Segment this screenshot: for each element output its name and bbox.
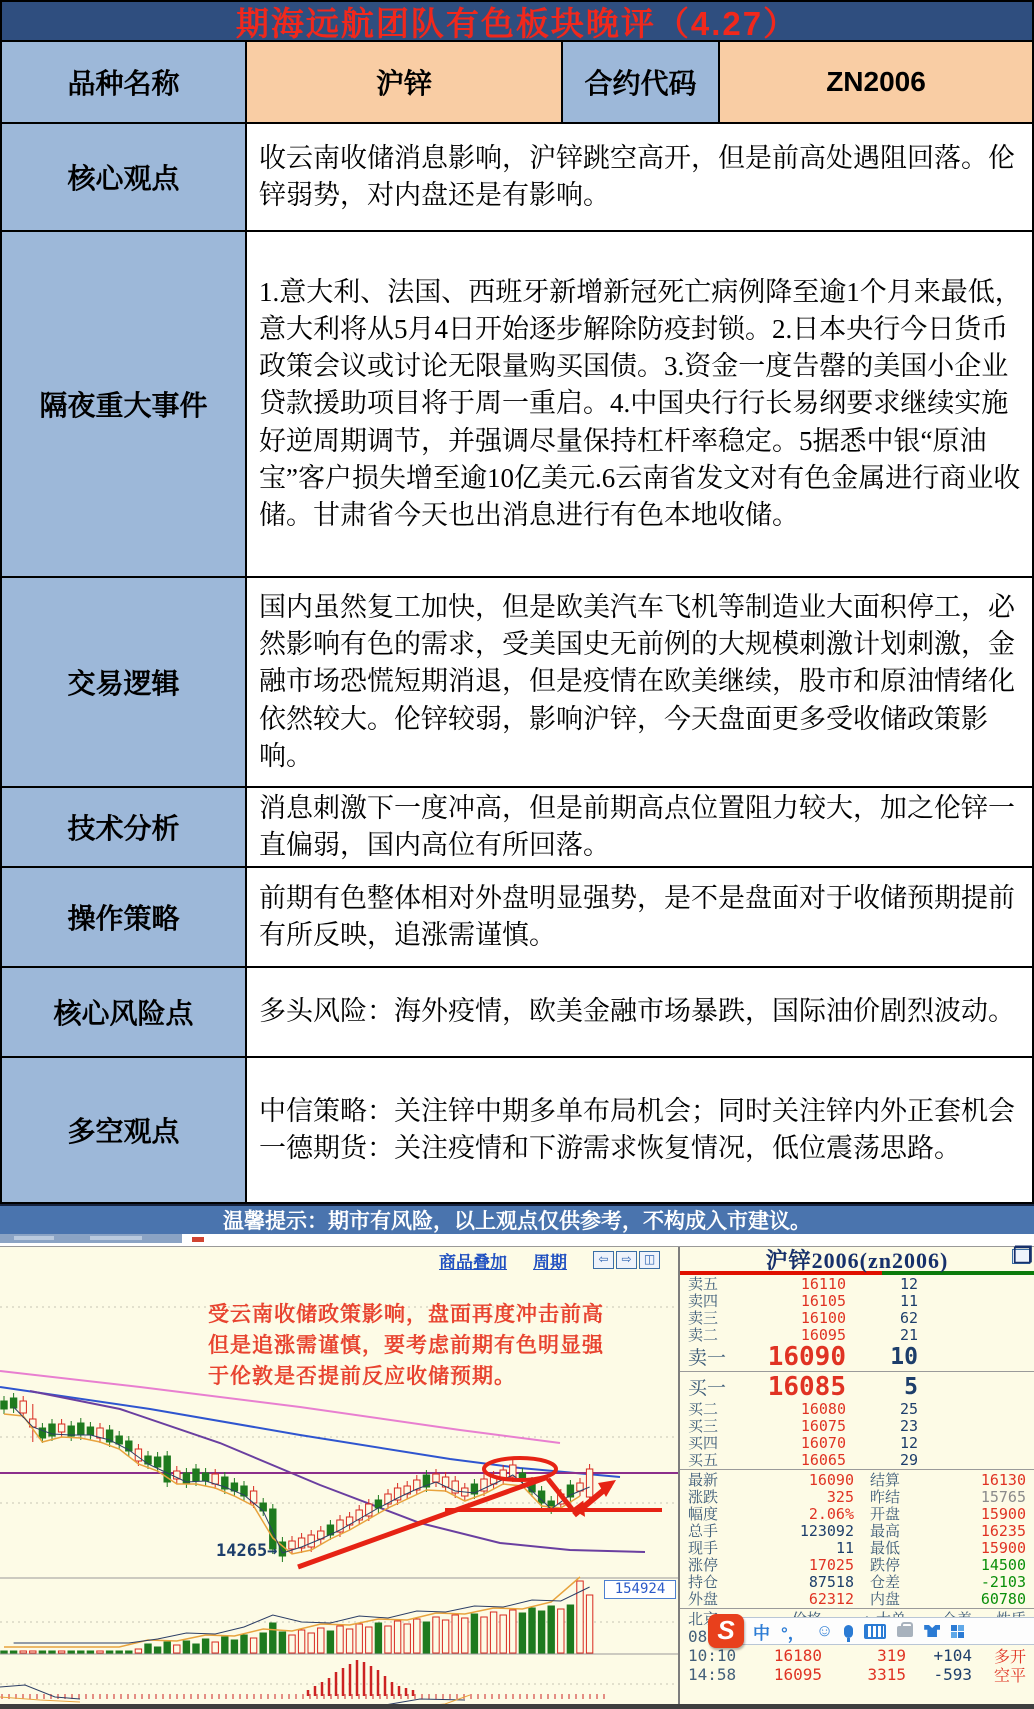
- stat-row: 外盘62312内盘60780: [680, 1590, 1034, 1607]
- window-fragment: [0, 1234, 182, 1243]
- mic-icon[interactable]: [844, 1625, 853, 1638]
- bid-rows: 买一160855买二1608025买三1607523买四1607012买五160…: [680, 1373, 1034, 1468]
- row-content: 消息刺激下一度冲高，但是前期高点位置阻力较大，加之伦锌一直偏弱，国内高位有所回落…: [247, 788, 1032, 866]
- keyboard-icon[interactable]: [864, 1624, 886, 1639]
- depth-row[interactable]: 买一160855: [680, 1373, 1034, 1400]
- volume-value-label: 154924: [604, 1580, 676, 1599]
- table-row: 交易逻辑国内虽然复工加快，但是欧美汽车飞机等制造业大面积停工，必然影响有色的需求…: [2, 578, 1032, 788]
- contract-title: 沪锌2006(zn2006): [766, 1244, 949, 1275]
- table-row: 核心风险点多头风险：海外疫情，欧美金融市场暴跌，国际油价剧烈波动。: [2, 968, 1032, 1058]
- row-content: 前期有色整体相对外盘明显强势，是不是盘面对于收储预期提前有所反映，追涨需谨慎。: [247, 868, 1032, 966]
- quote-title-row: 沪锌2006(zn2006) ❐: [680, 1247, 1034, 1271]
- ime-bar: 中 °， ☺: [738, 1617, 1034, 1645]
- chart-toolbar: 商品叠加 周期 ⇦ ⇨ ◫: [0, 1249, 708, 1271]
- tick-row[interactable]: 14:58160953315-593空平: [680, 1665, 1034, 1684]
- window-bottom-edge: [0, 1704, 1034, 1709]
- code-label: 合约代码: [563, 42, 720, 122]
- stat-rows: 最新16090结算16130涨跌325昨结15765幅度2.06%开盘15900…: [680, 1471, 1034, 1607]
- depth-row[interactable]: 卖二1609521: [680, 1326, 1034, 1343]
- row-content: 中信策略：关注锌中期多单布局机会；同时关注锌内外正套机会 一德期货：关注疫情和下…: [247, 1058, 1032, 1202]
- trading-app-screenshot: 商品叠加 周期 ⇦ ⇨ ◫ 受云南收储政策影响，盘面再度冲击前高 但是追涨需谨慎…: [0, 1246, 1034, 1709]
- red-mark: [192, 1237, 204, 1242]
- depth-row[interactable]: 卖一1609010: [680, 1343, 1034, 1370]
- row-label: 交易逻辑: [2, 578, 247, 786]
- row-label: 多空观点: [2, 1058, 247, 1202]
- table-row: 操作策略前期有色整体相对外盘明显强势，是不是盘面对于收储预期提前有所反映，追涨需…: [2, 868, 1032, 968]
- emoji-icon[interactable]: ☺: [816, 1621, 833, 1641]
- low-price-label: 14265→: [216, 1541, 277, 1561]
- row-content: 国内虽然复工加快，但是欧美汽车飞机等制造业大面积停工，必然影响有色的需求，受美国…: [247, 578, 1032, 786]
- disclaimer-bar: 温馨提示：期市有风险，以上观点仅供参考，不构成入市建议。: [0, 1204, 1034, 1234]
- lang-toggle-icon[interactable]: 中: [753, 1619, 770, 1644]
- skin-icon[interactable]: [924, 1625, 940, 1637]
- info-row: 品种名称 沪锌 合约代码 ZN2006: [2, 42, 1032, 124]
- table-row: 技术分析消息刺激下一度冲高，但是前期高点位置阻力较大，加之伦锌一直偏弱，国内高位…: [2, 788, 1032, 868]
- row-label: 隔夜重大事件: [2, 232, 247, 576]
- ask-rows: 卖五1611012卖四1610511卖三1610062卖二1609521卖一16…: [680, 1275, 1034, 1370]
- punctuation-icon[interactable]: °，: [781, 1619, 805, 1644]
- row-label: 核心风险点: [2, 968, 247, 1056]
- row-content: 1.意大利、法国、西班牙新增新冠死亡病例降至逾1个月来最低，意大利将从5月4日开…: [247, 232, 1032, 576]
- report-table: 期海远航团队有色板块晚评（4.27） 品种名称 沪锌 合约代码 ZN2006 核…: [0, 0, 1034, 1204]
- toolbox-icon[interactable]: [897, 1626, 913, 1637]
- variety-value: 沪锌: [247, 42, 563, 122]
- row-label: 核心观点: [2, 124, 247, 230]
- apps-grid-icon[interactable]: [951, 1625, 964, 1638]
- kline-pane: 商品叠加 周期 ⇦ ⇨ ◫ 受云南收储政策影响，盘面再度冲击前高 但是追涨需谨慎…: [0, 1247, 678, 1709]
- period-link[interactable]: 周期: [533, 1248, 567, 1273]
- back-arrow-icon[interactable]: ⇦: [593, 1251, 614, 1269]
- table-row: 多空观点中信策略：关注锌中期多单布局机会；同时关注锌内外正套机会 一德期货：关注…: [2, 1058, 1032, 1202]
- sogou-ime-toolbar: S 中 °， ☺: [708, 1615, 1034, 1647]
- panel-window-icon[interactable]: ❐: [1012, 1249, 1030, 1264]
- code-value: ZN2006: [720, 42, 1032, 122]
- report-rows: 核心观点收云南收储消息影响，沪锌跳空高开，但是前高处遇阻回落。伦锌弱势，对内盘还…: [2, 124, 1032, 1202]
- row-content: 收云南收储消息影响，沪锌跳空高开，但是前高处遇阻回落。伦锌弱势，对内盘还是有影响…: [247, 124, 1032, 230]
- table-row: 核心观点收云南收储消息影响，沪锌跳空高开，但是前高处遇阻回落。伦锌弱势，对内盘还…: [2, 124, 1032, 232]
- variety-label: 品种名称: [2, 42, 247, 122]
- divider: [680, 1371, 1034, 1372]
- row-label: 操作策略: [2, 868, 247, 966]
- split-window-icon[interactable]: ◫: [639, 1251, 660, 1269]
- quote-panel: 沪锌2006(zn2006) ❐ 卖五1611012卖四1610511卖三161…: [678, 1247, 1034, 1709]
- depth-row[interactable]: 买五1606529: [680, 1451, 1034, 1468]
- row-label: 技术分析: [2, 788, 247, 866]
- table-row: 隔夜重大事件1.意大利、法国、西班牙新增新冠死亡病例降至逾1个月来最低，意大利将…: [2, 232, 1032, 578]
- page-title: 期海远航团队有色板块晚评（4.27）: [2, 2, 1032, 42]
- overlay-link[interactable]: 商品叠加: [439, 1248, 507, 1273]
- forward-arrow-icon[interactable]: ⇨: [616, 1251, 637, 1269]
- sogou-logo-icon[interactable]: S: [708, 1614, 744, 1648]
- row-content: 多头风险：海外疫情，欧美金融市场暴跌，国际油价剧烈波动。: [247, 968, 1032, 1056]
- chart-annotation: 受云南收储政策影响，盘面再度冲击前高 但是追涨需谨慎，要考虑前期有色明显强 于伦…: [208, 1299, 604, 1392]
